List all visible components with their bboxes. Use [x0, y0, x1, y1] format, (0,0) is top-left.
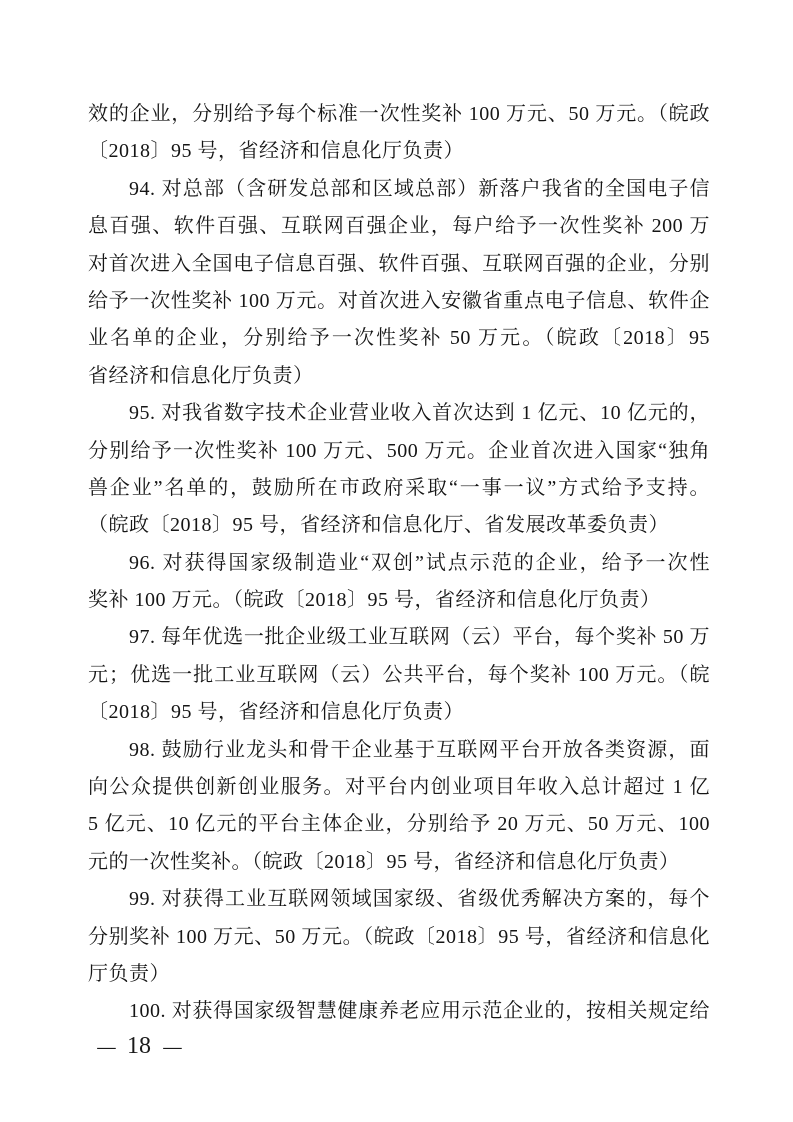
text-line: 息百强、软件百强、互联网百强企业，每户给予一次性奖补 200 万元。 — [88, 208, 710, 245]
text-line: 给予一次性奖补 100 万元。对首次进入安徽省重点电子信息、软件企 — [88, 283, 710, 320]
text-line: 对首次进入全国电子信息百强、软件百强、互联网百强的企业，分别 — [88, 246, 710, 283]
text-line: 效的企业，分别给予每个标准一次性奖补 100 万元、50 万元。（皖政 — [88, 96, 710, 133]
text-line: 元；优选一批工业互联网（云）公共平台，每个奖补 100 万元。（皖政 — [88, 657, 710, 694]
text-line: 5 亿元、10 亿元的平台主体企业，分别给予 20 万元、50 万元、100 万 — [88, 806, 710, 843]
text-line: 向公众提供创新创业服务。对平台内创业项目年收入总计超过 1 亿元、 — [88, 769, 710, 806]
text-line: 96. 对获得国家级制造业“双创”试点示范的企业，给予一次性 — [88, 545, 710, 582]
text-line: 业名单的企业，分别给予一次性奖补 50 万元。（皖政〔2018〕95 号， — [88, 320, 710, 357]
text-line: 95. 对我省数字技术企业营业收入首次达到 1 亿元、10 亿元的， — [88, 395, 710, 432]
text-line: 98. 鼓励行业龙头和骨干企业基于互联网平台开放各类资源，面 — [88, 732, 710, 769]
text-line: 厅负责） — [88, 956, 710, 993]
text-line: 99. 对获得工业互联网领域国家级、省级优秀解决方案的，每个 — [88, 881, 710, 918]
text-line: 省经济和信息化厅负责） — [88, 358, 710, 395]
document-page: 效的企业，分别给予每个标准一次性奖补 100 万元、50 万元。（皖政〔2018… — [0, 0, 793, 1122]
text-line: 100. 对获得国家级智慧健康养老应用示范企业的，按相关规定给 — [88, 993, 710, 1030]
page-footer: — 18 — — [95, 1033, 183, 1060]
text-line: 分别给予一次性奖补 100 万元、500 万元。企业首次进入国家“独角 — [88, 433, 710, 470]
page-number: 18 — [127, 1033, 151, 1060]
text-line: 元的一次性奖补。（皖政〔2018〕95 号，省经济和信息化厅负责） — [88, 844, 710, 881]
text-line: 97. 每年优选一批企业级工业互联网（云）平台，每个奖补 50 万 — [88, 619, 710, 656]
text-line: 〔2018〕95 号，省经济和信息化厅负责） — [88, 694, 710, 731]
text-line: 94. 对总部（含研发总部和区域总部）新落户我省的全国电子信 — [88, 171, 710, 208]
document-body: 效的企业，分别给予每个标准一次性奖补 100 万元、50 万元。（皖政〔2018… — [88, 96, 710, 1031]
footer-left-dash: — — [97, 1034, 115, 1060]
text-line: 兽企业”名单的，鼓励所在市政府采取“一事一议”方式给予支持。 — [88, 470, 710, 507]
text-line: 分别奖补 100 万元、50 万元。（皖政〔2018〕95 号，省经济和信息化 — [88, 919, 710, 956]
text-line: （皖政〔2018〕95 号，省经济和信息化厅、省发展改革委负责） — [88, 507, 710, 544]
text-line: 〔2018〕95 号，省经济和信息化厅负责） — [88, 133, 710, 170]
footer-right-dash: — — [163, 1034, 181, 1060]
text-line: 奖补 100 万元。（皖政〔2018〕95 号，省经济和信息化厅负责） — [88, 582, 710, 619]
